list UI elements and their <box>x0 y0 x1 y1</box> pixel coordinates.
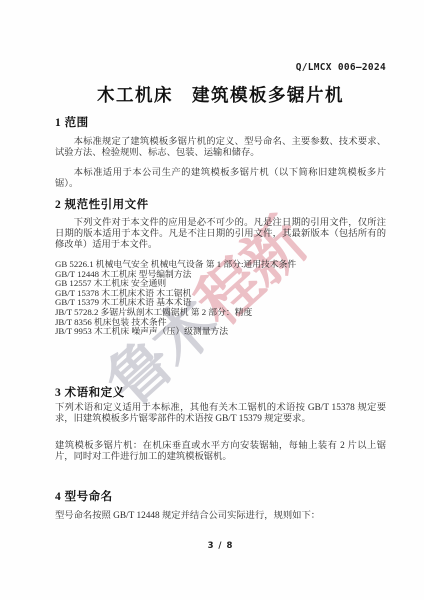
section-heading-terms: 3 术语和定义 <box>55 384 386 400</box>
normative-references-intro: 下列文件对于本文件的应用是必不可少的。凡是注日期的引用文件，仅所注日期的版本适用… <box>55 218 386 251</box>
standard-code: Q/LMCX 006—2024 <box>55 62 386 73</box>
terms-paragraph-1: 下列术语和定义适用于本标准，其他有关木工锯机的术语按 GB/T 15378 规定… <box>55 403 386 425</box>
section-heading-normative-references: 2 规范性引用文件 <box>55 196 386 212</box>
reference-item: JB/T 9953 木工机床 噪声声（压）级测量方法 <box>55 327 386 337</box>
scope-paragraph-2: 本标准适用于本公司生产的建筑模板多锯片机（以下简称旧建筑模板多片锯）。 <box>55 168 386 190</box>
references-list: GB 5226.1 机械电气安全 机械电气设备 第 1 部分:通用技术条件 GB… <box>55 260 386 337</box>
section-heading-model-naming: 4 型号命名 <box>55 488 386 504</box>
section-heading-scope: 1 范围 <box>55 114 386 130</box>
page-number: 3 / 8 <box>55 541 386 551</box>
model-naming-paragraph: 型号命名按照 GB/T 12448 规定并结合公司实际进行，规则如下： <box>55 511 386 522</box>
document-title: 木工机床 建筑模板多锯片机 <box>55 82 386 107</box>
document-page: 鲁木程新 Q/LMCX 006—2024 木工机床 建筑模板多锯片机 1 范围 … <box>0 0 424 600</box>
terms-paragraph-2: 建筑模板多锯片机：在机床垂直或水平方向安装锯轴，每轴上装有 2 片以上锯片，同时… <box>55 441 386 463</box>
scope-paragraph-1: 本标准规定了建筑模板多锯片机的定义、型号命名、主要参数、技术要求、试验方法、检验… <box>55 137 386 159</box>
